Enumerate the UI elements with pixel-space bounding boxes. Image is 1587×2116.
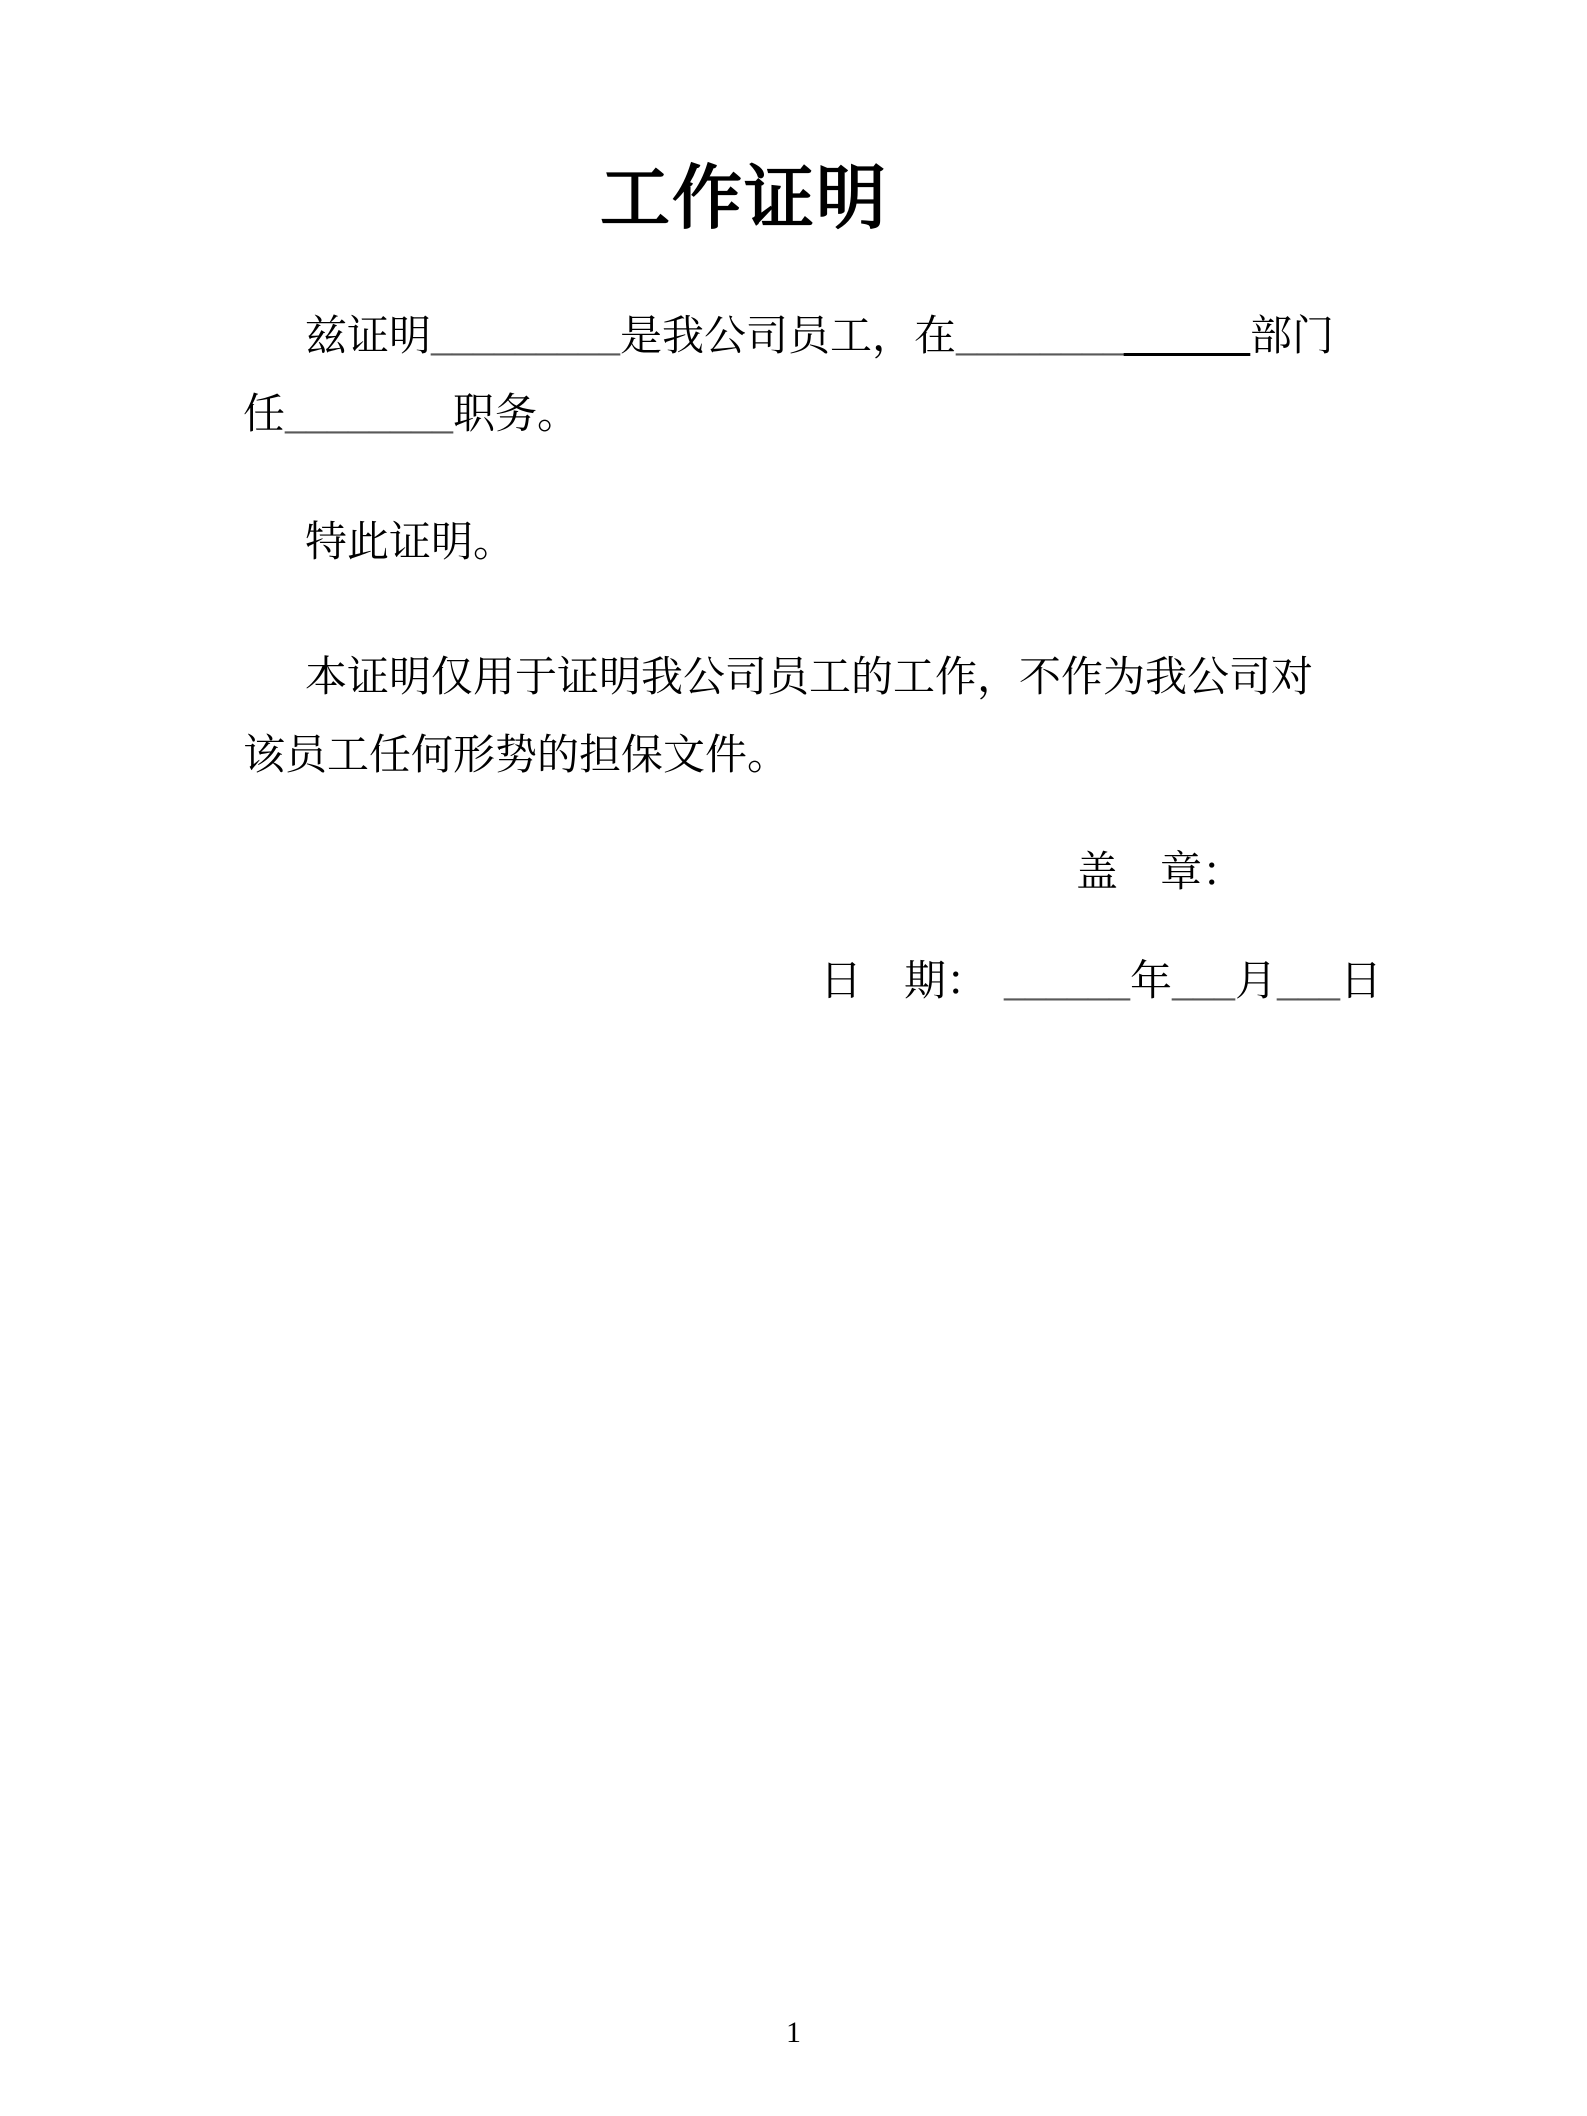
page-number: 1 (0, 2016, 1587, 2050)
document-title: 工作证明 (203, 155, 1285, 245)
blank-month[interactable]: ___ (1172, 959, 1235, 1005)
certify-suffix-text: 部门 (1250, 314, 1334, 360)
date-label: 日 期： (820, 959, 988, 1005)
document-page: 工作证明 兹证明_________是我公司员工，在______________部… (0, 0, 1587, 2116)
blank-department-bold[interactable]: ______ (1124, 314, 1250, 360)
date-line: 日 期：______年___月___日 (243, 943, 1325, 1021)
day-label: 日 (1340, 959, 1382, 1005)
stamp-label: 盖 章： (1076, 850, 1244, 896)
position-suffix-text: 职务。 (453, 392, 579, 438)
certify-prefix-text: 兹证明 (305, 314, 431, 360)
year-label: 年 (1130, 959, 1172, 1005)
blank-position[interactable]: ________ (285, 392, 453, 438)
document-content: 工作证明 兹证明_________是我公司员工，在______________部… (243, 0, 1325, 1021)
month-label: 月 (1235, 959, 1277, 1005)
blank-year[interactable]: ______ (1004, 959, 1130, 1005)
certify-line-2: 任________职务。 (243, 376, 1325, 454)
disclaimer-line-2: 该员工任何形势的担保文件。 (243, 717, 1325, 795)
stamp-line: 盖 章： (243, 834, 1325, 912)
hereby-certify-line: 特此证明。 (243, 504, 1325, 582)
certify-line-1: 兹证明_________是我公司员工，在______________部门 (243, 298, 1325, 376)
disclaimer-line-1: 本证明仅用于证明我公司员工的工作，不作为我公司对 (243, 639, 1325, 717)
certify-middle-text: 是我公司员工，在 (620, 314, 956, 360)
blank-day[interactable]: ___ (1277, 959, 1340, 1005)
position-prefix-text: 任 (243, 392, 285, 438)
blank-department[interactable]: ________ (956, 314, 1124, 360)
blank-employee-name[interactable]: _________ (431, 314, 620, 360)
